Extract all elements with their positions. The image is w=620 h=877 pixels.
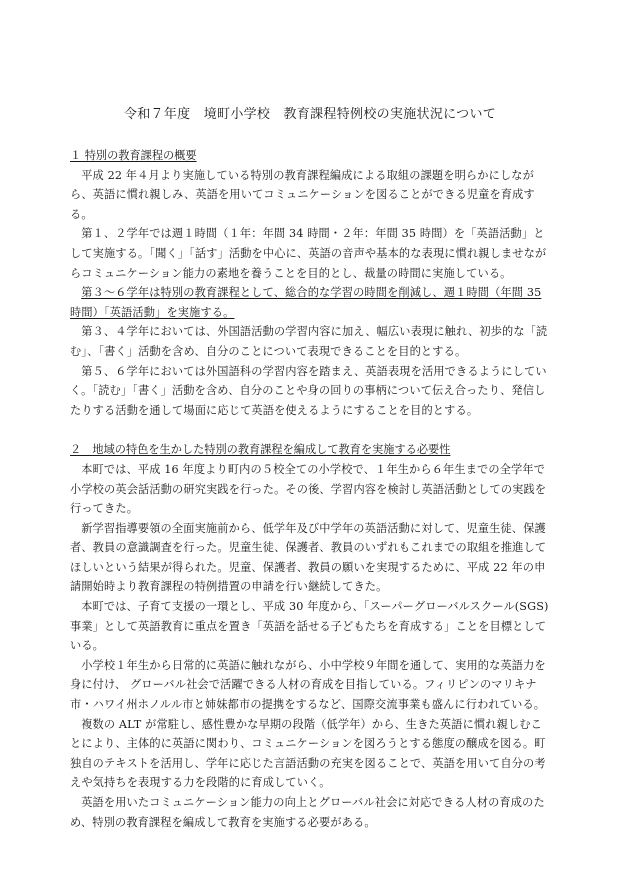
section-1-heading: １ 特別の教育課程の概要 (70, 146, 197, 166)
section-2-paragraph-3: 本町では、子育て支援の一環とし、平成 30 年度から、「スーパーグローバルスクー… (70, 597, 550, 656)
section-2-paragraph-4: 小学校１年生から日常的に英語に触れながら、小中学校９年間を通して、実用的な英語力… (70, 656, 550, 715)
section-1: １ 特別の教育課程の概要 平成 22 年４月より実施している特別の教育課程編成に… (70, 146, 550, 420)
section-spacer (70, 420, 550, 440)
section-2-paragraph-5: 複数の ALT が常駐し、感性豊かな早期の段階（低学年）から、生きた英語に慣れ親… (70, 715, 550, 793)
section-1-paragraph-1: 平成 22 年４月より実施している特別の教育課程編成による取組の課題を明らかにし… (70, 166, 550, 225)
section-2-heading: ２ 地域の特色を生かした特別の教育課程を編成して教育を実施する必要性 (70, 440, 450, 460)
section-1-paragraph-3-underlined: 第３～６学年は特別の教育課程として、総合的な学習の時間を削減し、週１時間（年間 … (70, 283, 550, 322)
section-1-paragraph-5: 第５、６学年においては外国語科の学習内容を踏まえ、英語表現を活用できるようにして… (70, 362, 550, 421)
document-body: １ 特別の教育課程の概要 平成 22 年４月より実施している特別の教育課程編成に… (70, 146, 550, 832)
section-2-paragraph-2: 新学習指導要領の全面実施前から、低学年及び中学年の英語活動に対して、児童生徒、保… (70, 519, 550, 597)
document-title: 令和７年度 境町小学校 教育課程特例校の実施状況について (0, 103, 620, 122)
section-2: ２ 地域の特色を生かした特別の教育課程を編成して教育を実施する必要性 本町では、… (70, 440, 550, 832)
section-2-paragraph-1: 本町では、平成 16 年度より町内の５校全ての小学校で、１年生から６年生までの全… (70, 460, 550, 519)
section-1-paragraph-2: 第１、２学年では週１時間（１年：年間 34 時間・２年：年間 35 時間）を「英… (70, 224, 550, 283)
section-1-paragraph-4: 第３、４学年においては、外国語活動の学習内容に加え、幅広い表現に触れ、初歩的な「… (70, 322, 550, 361)
section-2-paragraph-6: 英語を用いたコミュニケーション能力の向上とグローバル社会に対応できる人材の育成の… (70, 793, 550, 832)
document-page: 令和７年度 境町小学校 教育課程特例校の実施状況について １ 特別の教育課程の概… (0, 0, 620, 877)
